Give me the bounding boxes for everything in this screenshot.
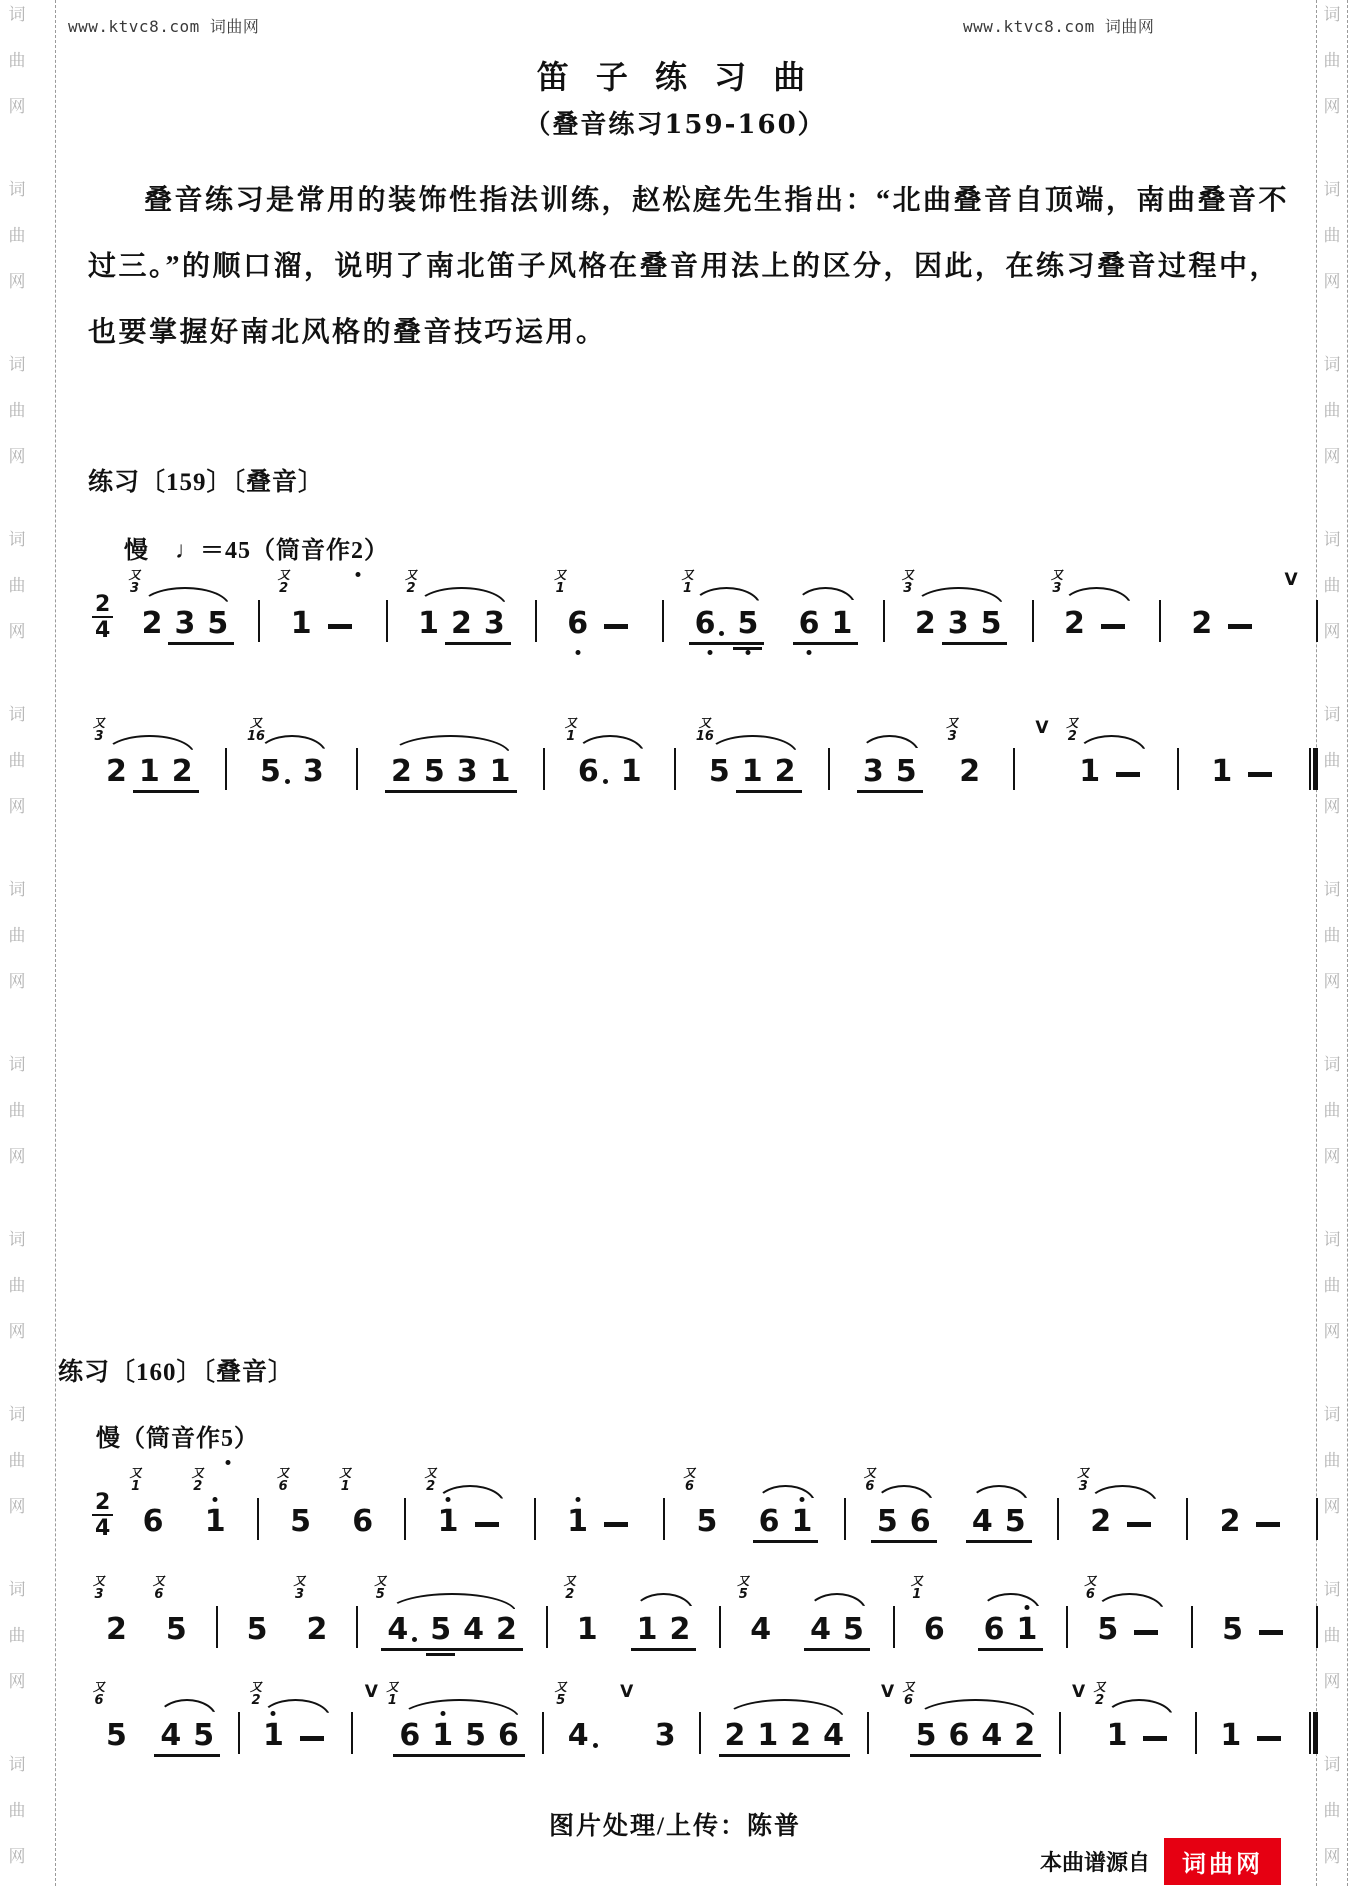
watermark-character: 曲 — [1317, 927, 1347, 944]
grace-note-digit: 5 — [739, 1588, 748, 1601]
slur-arc — [724, 1699, 845, 1719]
note: 2又3 — [1058, 609, 1091, 642]
note: 6 — [942, 1721, 975, 1754]
watermark-character: 词 — [2, 531, 32, 548]
slur-arc — [859, 735, 920, 755]
dieyin-ornament-mark: 又3 — [129, 569, 141, 595]
note: 2 — [663, 1615, 696, 1648]
note: 6又1 — [689, 609, 732, 642]
note: 5又6 — [910, 1721, 943, 1754]
note-group: 45 — [804, 1615, 870, 1648]
time-signature: 24 — [92, 593, 113, 642]
note: 2 — [719, 1721, 752, 1754]
note: 5 — [1216, 1615, 1249, 1648]
dieyin-ornament-mark: 又2 — [564, 1575, 576, 1601]
slur-arc — [1087, 1485, 1158, 1505]
slur-arc — [575, 735, 645, 755]
grace-note-digit: 3 — [903, 582, 912, 595]
grace-note-digit: 6 — [1086, 1588, 1095, 1601]
slur-arc — [692, 587, 762, 607]
note: 2 — [1214, 1507, 1247, 1540]
note: 1 — [1214, 1721, 1247, 1754]
slur-arc — [260, 1699, 331, 1719]
note: 5 — [424, 1615, 457, 1648]
octave-dot-high — [575, 1497, 580, 1502]
slur-arc — [140, 587, 231, 607]
note-group: 5又6642 — [910, 1721, 1042, 1754]
note: 2又3 — [909, 609, 942, 642]
note: 2 — [166, 757, 199, 790]
slur-arc — [390, 735, 511, 755]
note: 2又3 — [953, 757, 986, 790]
note-group: 1又2 — [432, 1507, 509, 1540]
dieyin-ornament-mark: 又6 — [1084, 1575, 1096, 1601]
barline — [1059, 1712, 1061, 1754]
dieyin-ornament-mark: 又6 — [903, 1681, 915, 1707]
note: 2又3 — [136, 609, 169, 642]
watermark-character: 曲 — [1317, 227, 1347, 244]
note-group: 35 — [857, 757, 923, 790]
paragraph-line: 也要掌握好南北风格的叠音技巧运用。 — [88, 300, 1316, 366]
grace-note-digit: 1 — [131, 1480, 140, 1493]
slur-arc — [104, 735, 195, 755]
note-group: 6又15 — [689, 609, 765, 642]
note: 2又3 — [100, 1615, 133, 1648]
note-group: 1又2 — [285, 609, 362, 642]
dieyin-ornament-mark: 又1 — [682, 569, 694, 595]
sheet-music-page: 词曲网词曲网词曲网词曲网词曲网词曲网词曲网词曲网词曲网词曲网词曲网 词曲网词曲网… — [0, 0, 1350, 1886]
note-group: 1又2 — [1101, 1721, 1178, 1754]
slur-arc — [435, 1485, 506, 1505]
grace-note-digit: 2 — [407, 582, 416, 595]
note-dash — [1228, 624, 1252, 629]
barline — [546, 1606, 548, 1648]
breath-mark: V — [1284, 570, 1297, 590]
octave-dot-high — [799, 1497, 804, 1502]
augmentation-dot — [593, 1743, 598, 1748]
slur-arc — [807, 1593, 868, 1613]
watermark-character: 网 — [2, 1673, 32, 1690]
barline — [1013, 748, 1015, 790]
note: 1又2 — [1073, 757, 1106, 790]
slur-arc — [416, 587, 507, 607]
watermark-character: 曲 — [1317, 402, 1347, 419]
watermark-character: 网 — [1317, 1848, 1347, 1865]
uploader-credit: 图片处理/上传：陈普 — [0, 1806, 1350, 1842]
note-group: 1又2 — [257, 1721, 334, 1754]
note: 5 — [187, 1721, 220, 1754]
exercise-160-tempo: 慢（筒音作5） — [96, 1418, 259, 1453]
grace-note-digit: 2 — [426, 1480, 435, 1493]
grace-note-digit: 3 — [94, 730, 103, 743]
note: 3 — [168, 609, 201, 642]
note: 2 — [784, 1721, 817, 1754]
watermark-character: 曲 — [1317, 1277, 1347, 1294]
octave-dot-low — [745, 650, 750, 655]
barline — [1316, 600, 1318, 642]
note: 1又2 — [257, 1721, 290, 1754]
note-group: 5又1612 — [703, 757, 802, 790]
watermark-character: 曲 — [2, 752, 32, 769]
watermark-character: 词 — [2, 1756, 32, 1773]
notation-system-160-2: 2又35又652又34又55421又2124又5456又1615又65 — [92, 1566, 1322, 1662]
note: 5又6 — [284, 1507, 317, 1540]
grace-note-digit: 2 — [251, 1694, 260, 1707]
note-group: 4又5542 — [381, 1615, 523, 1648]
slur-arc — [399, 1699, 520, 1719]
note-group: 2又3 — [1084, 1507, 1161, 1540]
note: 1 — [561, 1507, 594, 1540]
grace-note-digit: 5 — [376, 1588, 385, 1601]
dieyin-ornament-mark: 又16 — [696, 717, 714, 743]
note: 5 — [837, 1615, 870, 1648]
watermark-character: 曲 — [2, 52, 32, 69]
watermark-character: 曲 — [2, 227, 32, 244]
note-group: 5又6 — [100, 1721, 133, 1754]
grace-note-digit: 16 — [696, 730, 714, 743]
grace-note-digit: 1 — [556, 582, 565, 595]
note: 3 — [478, 609, 511, 642]
watermark-character: 词 — [2, 1581, 32, 1598]
note: 5 — [999, 1507, 1032, 1540]
watermark-character: 词 — [1317, 1231, 1347, 1248]
note: 1又2 — [571, 1615, 604, 1648]
breath-mark: V — [620, 1682, 633, 1702]
site-watermark-top-left: www.ktvc8.com 词曲网 — [68, 14, 259, 37]
grace-note-digit: 3 — [948, 730, 957, 743]
note: 1 — [631, 1615, 664, 1648]
watermark-character: 曲 — [2, 1452, 32, 1469]
barline — [258, 600, 260, 642]
note-group: 61 — [753, 1507, 819, 1540]
grace-note-digit: 2 — [279, 582, 288, 595]
barline — [1057, 1498, 1059, 1540]
note-dash — [328, 624, 352, 629]
barline — [1186, 1498, 1188, 1540]
breath-mark: V — [881, 1682, 894, 1702]
notation-system-159-2: 2又3125又16325316又115又1612352又3V1又21 — [92, 708, 1322, 804]
note-dash — [1143, 1736, 1167, 1741]
slur-arc — [874, 1485, 935, 1505]
note-group: 2531 — [385, 757, 517, 790]
grace-note-digit: 6 — [865, 1480, 874, 1493]
barline — [351, 1712, 353, 1754]
slur-arc — [795, 587, 856, 607]
note-group: 1 — [561, 1507, 638, 1540]
barline — [386, 600, 388, 642]
watermark-character: 网 — [2, 1498, 32, 1515]
watermark-character: 网 — [2, 448, 32, 465]
watermark-character: 词 — [1317, 1056, 1347, 1073]
dieyin-ornament-mark: 又6 — [93, 1681, 105, 1707]
note: 5又6 — [100, 1721, 133, 1754]
barline — [238, 1712, 240, 1754]
note-group: 6又1 — [561, 609, 638, 642]
paragraph-line: 过三。”的顺口溜，说明了南北笛子风格在叠音用法上的区分，因此，在练习叠音过程中， — [88, 234, 1316, 300]
note-group: 5 — [241, 1615, 274, 1648]
exercise-159-heading: 练习〔159〕〔叠音〕 — [88, 462, 324, 498]
note-group: 5又6 — [690, 1507, 723, 1540]
slur-arc — [1094, 1593, 1165, 1613]
exercise-160-heading: 练习〔160〕〔叠音〕 — [58, 1352, 294, 1388]
note: 5 — [241, 1615, 274, 1648]
note-group: 2又335 — [136, 609, 235, 642]
note-group: 2又335 — [909, 609, 1008, 642]
note-dash — [1257, 1736, 1281, 1741]
watermark-character: 网 — [1317, 273, 1347, 290]
watermark-character: 网 — [1317, 1148, 1347, 1165]
note-group: 1又223 — [412, 609, 511, 642]
watermark-character: 网 — [2, 798, 32, 815]
site-watermark-top-right: www.ktvc8.com 词曲网 — [963, 14, 1154, 37]
grace-note-digit: 2 — [565, 1588, 574, 1601]
grace-note-digit: 6 — [94, 1694, 103, 1707]
watermark-character: 网 — [2, 623, 32, 640]
note: 5又6 — [690, 1507, 723, 1540]
dieyin-ornament-mark: 又1 — [386, 1681, 398, 1707]
note: 4又5 — [381, 1615, 424, 1648]
source-badge: 词曲网 — [1164, 1838, 1281, 1885]
note-group: 45 — [966, 1507, 1032, 1540]
note: 1又2 — [412, 609, 445, 642]
augmentation-dot — [719, 631, 724, 636]
watermark-character: 网 — [1317, 1323, 1347, 1340]
slur-arc — [1104, 1699, 1175, 1719]
watermark-character: 曲 — [2, 927, 32, 944]
note: 2又3 — [100, 757, 133, 790]
barline — [1316, 1606, 1318, 1648]
note: 1 — [751, 1721, 784, 1754]
grace-note-digit: 1 — [683, 582, 692, 595]
note-dash — [300, 1736, 324, 1741]
note-group: 4又5 — [562, 1721, 605, 1754]
dieyin-ornament-mark: 又16 — [247, 717, 265, 743]
grace-note-digit: 2 — [1095, 1694, 1104, 1707]
paragraph-line: 叠音练习是常用的装饰性指法训练，赵松庭先生指出：“北曲叠音自顶端，南曲叠音不 — [88, 168, 1316, 234]
slur-arc — [1061, 587, 1132, 607]
note-dash — [1127, 1522, 1151, 1527]
note: 6又1 — [137, 1507, 170, 1540]
barline — [542, 1712, 544, 1754]
note-group: 61 — [978, 1615, 1044, 1648]
note: 4 — [804, 1615, 837, 1648]
note-group: 2124 — [719, 1721, 851, 1754]
note: 6 — [904, 1507, 937, 1540]
note-group: 2又3 — [301, 1615, 334, 1648]
barline — [1032, 600, 1034, 642]
note: 6又1 — [561, 609, 594, 642]
note: 1 — [615, 757, 648, 790]
note-group: 2 — [1185, 609, 1262, 642]
note-group: 2 — [1214, 1507, 1291, 1540]
dieyin-ornament-mark: 又2 — [250, 1681, 262, 1707]
dieyin-ornament-mark: 又2 — [405, 569, 417, 595]
slur-arc — [633, 1593, 694, 1613]
dieyin-ornament-mark: 又5 — [555, 1681, 567, 1707]
slur-arc — [980, 1593, 1041, 1613]
slur-arc — [1076, 735, 1147, 755]
barline — [1066, 1606, 1068, 1648]
note-group: 5又6 — [284, 1507, 317, 1540]
slur-arc — [913, 587, 1004, 607]
note-group: 5又6 — [1091, 1615, 1168, 1648]
note-dash — [475, 1522, 499, 1527]
note: 5又16 — [703, 757, 736, 790]
note: 2又3 — [1084, 1507, 1117, 1540]
page-subtitle: （叠音练习159-160） — [60, 104, 1290, 141]
dieyin-ornament-mark: 又1 — [339, 1467, 351, 1493]
left-watermark-column: 词曲网词曲网词曲网词曲网词曲网词曲网词曲网词曲网词曲网词曲网词曲网 — [2, 6, 32, 1886]
dieyin-ornament-mark: 又1 — [130, 1467, 142, 1493]
slur-arc — [387, 1593, 517, 1613]
note-group: 1又2 — [571, 1615, 604, 1648]
note: 6 — [793, 609, 826, 642]
note: 1又2 — [199, 1507, 232, 1540]
note: 1 — [825, 609, 858, 642]
note-group: 2又3 — [100, 1615, 133, 1648]
barline — [257, 1498, 259, 1540]
barline — [216, 1606, 218, 1648]
grace-note-digit: 6 — [279, 1480, 288, 1493]
dieyin-ornament-mark: 又1 — [565, 717, 577, 743]
note: 2 — [1185, 609, 1218, 642]
note-group: 61 — [793, 609, 859, 642]
watermark-character: 词 — [2, 1056, 32, 1073]
watermark-character: 曲 — [2, 1102, 32, 1119]
grace-note-digit: 6 — [904, 1694, 913, 1707]
slur-arc — [969, 1485, 1030, 1505]
barline — [662, 600, 664, 642]
dieyin-ornament-mark: 又6 — [683, 1467, 695, 1493]
watermark-character: 词 — [2, 706, 32, 723]
grace-note-digit: 2 — [1068, 730, 1077, 743]
dieyin-ornament-mark: 又1 — [911, 1575, 923, 1601]
barline — [1177, 748, 1179, 790]
note: 3 — [942, 609, 975, 642]
dieyin-ornament-mark: 又3 — [1077, 1467, 1089, 1493]
breath-mark: V — [365, 1682, 378, 1702]
note: 1 — [133, 757, 166, 790]
slur-arc — [755, 1485, 816, 1505]
barline — [844, 1498, 846, 1540]
barline — [828, 748, 830, 790]
note: 4又5 — [744, 1615, 777, 1648]
augmentation-dot — [412, 1637, 417, 1642]
grace-note-digit: 3 — [94, 1588, 103, 1601]
note: 2又3 — [301, 1615, 334, 1648]
final-barline — [1309, 1712, 1318, 1754]
breath-mark: V — [1072, 1682, 1085, 1702]
time-signature: 24 — [92, 1491, 113, 1540]
note: 6 — [753, 1507, 786, 1540]
note: 1 — [736, 757, 769, 790]
note: 1 — [1011, 1615, 1044, 1648]
grace-note-digit: 1 — [388, 1694, 397, 1707]
note: 4 — [817, 1721, 850, 1754]
dieyin-ornament-mark: 又2 — [425, 1467, 437, 1493]
note-group: 1又2 — [1073, 757, 1150, 790]
watermark-character: 词 — [1317, 181, 1347, 198]
note: 2 — [1008, 1721, 1041, 1754]
notation-system-160-3: 5又6451又2V6又11564又5V32124V5又6642V1又21 — [92, 1672, 1322, 1768]
barline — [534, 1498, 536, 1540]
note: 6 — [978, 1615, 1011, 1648]
octave-dot-high — [1024, 1605, 1029, 1610]
source-attribution: 本曲谱源自 词曲网 — [1040, 1838, 1281, 1885]
barline — [225, 748, 227, 790]
final-barline — [1309, 748, 1318, 790]
note: 5又6 — [160, 1615, 193, 1648]
watermark-character: 词 — [2, 356, 32, 373]
note-dash — [1116, 772, 1140, 777]
intro-paragraph: 叠音练习是常用的装饰性指法训练，赵松庭先生指出：“北曲叠音自顶端，南曲叠音不 过… — [88, 168, 1316, 366]
note: 5 — [201, 609, 234, 642]
note-group: 5又66 — [871, 1507, 937, 1540]
barline — [1159, 600, 1161, 642]
augmentation-dot — [285, 779, 290, 784]
source-text: 本曲谱源自 — [1040, 1846, 1150, 1877]
barline — [404, 1498, 406, 1540]
note: 5 — [731, 609, 764, 642]
note: 5 — [459, 1721, 492, 1754]
note: 6又1 — [346, 1507, 379, 1540]
watermark-character: 网 — [2, 98, 32, 115]
dieyin-ornament-mark: 又2 — [192, 1467, 204, 1493]
slur-arc — [707, 735, 798, 755]
grace-note-digit: 1 — [341, 1480, 350, 1493]
barline — [893, 1606, 895, 1648]
augmentation-dot — [603, 779, 608, 784]
dieyin-ornament-mark: 又5 — [737, 1575, 749, 1601]
grace-note-digit: 5 — [556, 1694, 565, 1707]
note: 6又1 — [572, 757, 615, 790]
dieyin-ornament-mark: 又2 — [1066, 717, 1078, 743]
note-group: 6又1 — [918, 1615, 951, 1648]
dieyin-ornament-mark: 又2 — [278, 569, 290, 595]
note-group: 2又3 — [953, 757, 986, 790]
dieyin-ornament-mark: 又6 — [277, 1467, 289, 1493]
note-group: 45 — [154, 1721, 220, 1754]
note-group: 1 — [1205, 757, 1282, 790]
note-group: 5 — [1216, 1615, 1293, 1648]
note: 2 — [445, 609, 478, 642]
note: 4又5 — [562, 1721, 605, 1754]
note: 3 — [649, 1721, 682, 1754]
barline — [1195, 1712, 1197, 1754]
note: 1 — [786, 1507, 819, 1540]
note-group: 5又6 — [160, 1615, 193, 1648]
grace-note-digit: 1 — [912, 1588, 921, 1601]
note: 6 — [492, 1721, 525, 1754]
grace-note-digit: 2 — [193, 1480, 202, 1493]
note: 6又1 — [918, 1615, 951, 1648]
barline — [543, 748, 545, 790]
notation-system-159-1: 242又3351又21又2236又16又15612又3352又32V — [92, 560, 1322, 656]
note: 6又1 — [393, 1721, 426, 1754]
dieyin-ornament-mark: 又3 — [1051, 569, 1063, 595]
note-group: 5又163 — [254, 757, 330, 790]
note: 2 — [490, 1615, 523, 1648]
octave-dot-high — [446, 1497, 451, 1502]
barline — [356, 748, 358, 790]
note: 1 — [426, 1721, 459, 1754]
barline — [674, 748, 676, 790]
octave-dot-high — [213, 1497, 218, 1502]
note-dash — [604, 624, 628, 629]
watermark-character: 词 — [2, 881, 32, 898]
note: 5又16 — [254, 757, 297, 790]
watermark-character: 词 — [1317, 881, 1347, 898]
